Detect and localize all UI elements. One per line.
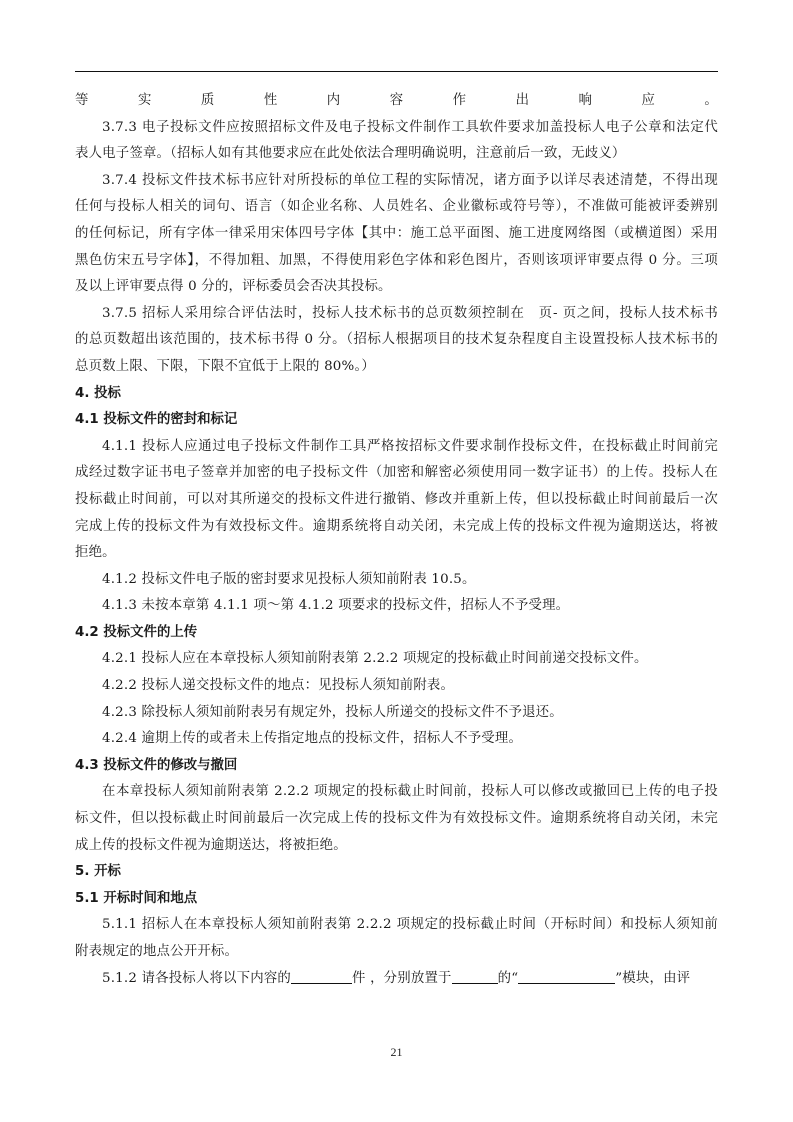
text-line: 完成上传的投标文件为有效投标文件。逾期系统将自动关闭，未完成上传的投标文件视为逾… bbox=[75, 514, 718, 541]
section-heading-4-2: 4.2 投标文件的上传 bbox=[75, 620, 718, 647]
clause-4-1-3: 4.1.3 未按本章第 4.1.1 项～第 4.1.2 项要求的投标文件，招标人… bbox=[75, 593, 718, 620]
text-line: 的总页数超出该范围的，技术标书得 0 分。（招标人根据项目的技术复杂程度自主设置… bbox=[75, 327, 718, 354]
clause-4-2-2: 4.2.2 投标人递交投标文件的地点：见投标人须知前附表。 bbox=[75, 673, 718, 700]
blank-quantity bbox=[291, 969, 352, 984]
clause-4-2-3: 4.2.3 除投标人须知前附表另有规定外，投标人所递交的投标文件不予退还。 bbox=[75, 700, 718, 727]
clause-4-3: 在本章投标人须知前附表第 2.2.2 项规定的投标截止时间前，投标人可以修改或撤… bbox=[75, 779, 718, 806]
section-heading-4-1: 4.1 投标文件的密封和标记 bbox=[75, 407, 718, 434]
fill-text-4: ”模块，由评 bbox=[615, 971, 690, 986]
text-line: 及以上评审要点得 0 分的，评标委员会否决其投标。 bbox=[75, 274, 718, 301]
fill-text-2: 件 ，分别放置于 bbox=[352, 971, 452, 986]
header-rule bbox=[75, 71, 718, 72]
clause-5-1-1: 5.1.1 招标人在本章投标人须知前附表第 2.2.2 项规定的投标截止时间（开… bbox=[75, 912, 718, 939]
text-line: 拒绝。 bbox=[75, 540, 718, 567]
clause-5-1-2: 5.1.2 请各投标人将以下内容的件 ，分别放置于的“”模块，由评 bbox=[75, 966, 718, 993]
blank-location bbox=[452, 969, 498, 984]
text-line: 的任何标记，所有字体一律采用宋体四号字体【其中：施工总平面图、施工进度网络图（或… bbox=[75, 221, 718, 248]
fill-text-1: 5.1.2 请各投标人将以下内容的 bbox=[102, 971, 291, 986]
document-body: 等实质性内容作出响应。 3.7.3 电子投标文件应按照招标文件及电子投标文件制作… bbox=[75, 88, 718, 992]
clause-4-1-1: 4.1.1 投标人应通过电子投标文件制作工具严格按招标文件要求制作投标文件，在投… bbox=[75, 434, 718, 461]
clause-3-7-3: 3.7.3 电子投标文件应按照招标文件及电子投标文件制作工具软件要求加盖投标人电… bbox=[75, 115, 718, 142]
text-line: 表人电子签章。（招标人如有其他要求应在此处依法合理明确说明，注意前后一致，无歧义… bbox=[75, 141, 718, 168]
text-line: 投标截止时间前，可以对其所递交的投标文件进行撤销、修改并重新上传，但以投标截止时… bbox=[75, 487, 718, 514]
text-line: 成上传的投标文件视为逾期送达，将被拒绝。 bbox=[75, 833, 718, 860]
page-number: 21 bbox=[0, 1045, 793, 1060]
blank-module bbox=[518, 969, 615, 984]
text-line: 附表规定的地点公开开标。 bbox=[75, 939, 718, 966]
clause-4-2-4: 4.2.4 逾期上传的或者未上传指定地点的投标文件，招标人不予受理。 bbox=[75, 726, 718, 753]
section-heading-5-1: 5.1 开标时间和地点 bbox=[75, 886, 718, 913]
clause-3-7-5: 3.7.5 招标人采用综合评估法时，投标人技术标书的总页数须控制在 页- 页之间… bbox=[75, 301, 718, 328]
text-line: 成经过数字证书电子签章并加密的电子投标文件（加密和解密必须使用同一数字证书）的上… bbox=[75, 460, 718, 487]
clause-4-1-2: 4.1.2 投标文件电子版的密封要求见投标人须知前附表 10.5。 bbox=[75, 567, 718, 594]
section-heading-5: 5. 开标 bbox=[75, 859, 718, 886]
section-heading-4: 4. 投标 bbox=[75, 381, 718, 408]
text-line: 总页数上限、下限，下限不宜低于上限的 80%。） bbox=[75, 354, 718, 381]
fill-text-3: 的“ bbox=[498, 971, 519, 986]
text-line: 任何与投标人相关的词句、语言（如企业名称、人员姓名、企业徽标或符号等），不准做可… bbox=[75, 194, 718, 221]
text-line: 标文件，但以投标截止时间前最后一次完成上传的投标文件为有效投标文件。逾期系统将自… bbox=[75, 806, 718, 833]
section-heading-4-3: 4.3 投标文件的修改与撤回 bbox=[75, 753, 718, 780]
clause-4-2-1: 4.2.1 投标人应在本章投标人须知前附表第 2.2.2 项规定的投标截止时间前… bbox=[75, 646, 718, 673]
text-line: 等实质性内容作出响应。 bbox=[75, 88, 718, 115]
text-line: 黑色仿宋五号字体】，不得加粗、加黑，不得使用彩色字体和彩色图片，否则该项评审要点… bbox=[75, 248, 718, 275]
clause-3-7-4: 3.7.4 投标文件技术标书应针对所投标的单位工程的实际情况，诸方面予以详尽表述… bbox=[75, 168, 718, 195]
